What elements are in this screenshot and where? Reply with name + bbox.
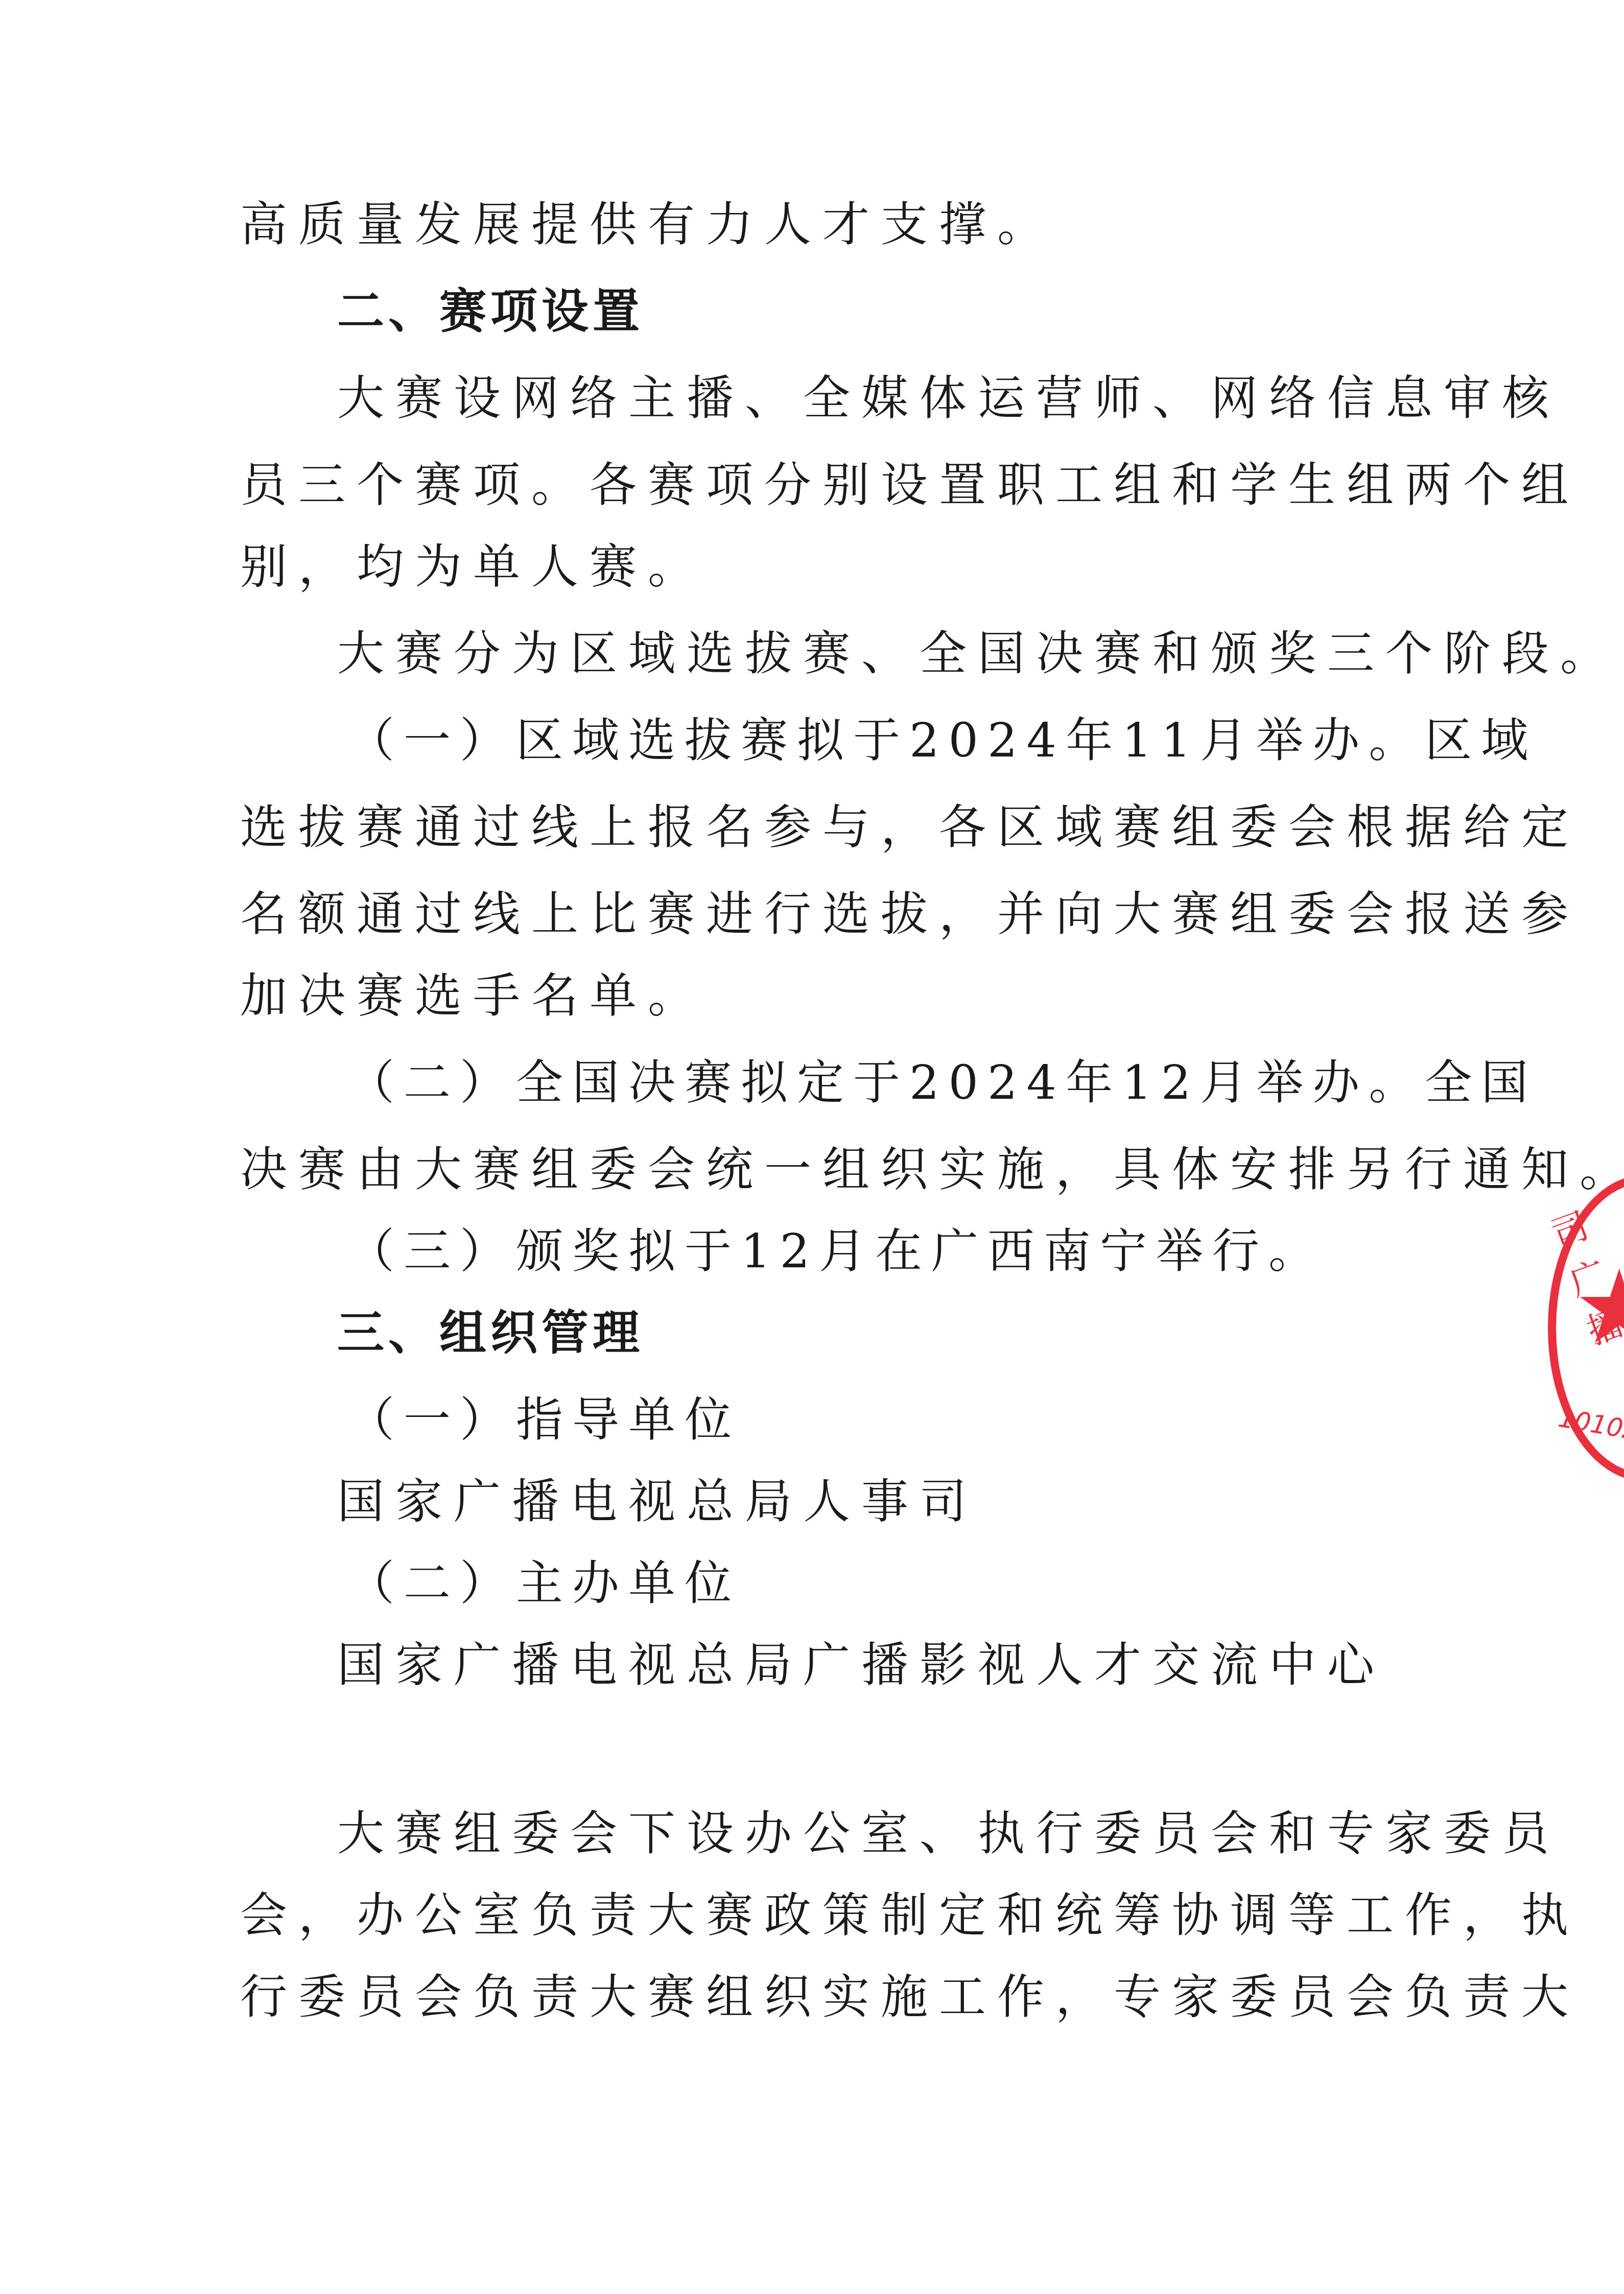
body-line-20: 会，办公室负责大赛政策制定和统筹协调等工作，执: [240, 1885, 1364, 1946]
body-line-8: 选拔赛通过线上报名参与，各区域赛组委会根据给定: [240, 797, 1364, 858]
item-guiding-unit: （一）指导单位: [347, 1389, 1471, 1451]
body-line-4: 员三个赛项。各赛项分别设置职工组和学生组两个组: [240, 455, 1364, 516]
item-regional: （一）区域选拔赛拟于2024年11月举办。区域: [347, 710, 1471, 771]
item-national-final: （二）全国决赛拟定于2024年12月举办。全国: [347, 1052, 1471, 1114]
body-line-5: 别，均为单人赛。: [240, 536, 1364, 598]
body-line-6: 大赛分为区域选拔赛、全国决赛和颁奖三个阶段。: [337, 623, 1461, 684]
body-line-3: 大赛设网络主播、全媒体运营师、网络信息审核: [337, 368, 1461, 429]
body-line-19: 大赛组委会下设办公室、执行委员会和专家委员: [337, 1803, 1461, 1864]
host-unit-name: 国家广播电视总局广播影视人才交流中心: [337, 1635, 1461, 1696]
guiding-unit-name: 国家广播电视总局人事司: [337, 1471, 1461, 1532]
body-line-21: 行委员会负责大赛组织实施工作，专家委员会负责大: [240, 1967, 1364, 2028]
item-award: （三）颁奖拟于12月在广西南宁举行。: [347, 1221, 1471, 1282]
body-line-9: 名额通过线上比赛进行选拔，并向大赛组委会报送参: [240, 884, 1364, 945]
section-heading-2: 二、赛项设置: [337, 281, 1461, 342]
document-page: 高质量发展提供有力人才支撑。 二、赛项设置 大赛设网络主播、全媒体运营师、网络信…: [0, 0, 1624, 2294]
item-host-unit: （二）主办单位: [347, 1553, 1471, 1614]
body-line-12: 决赛由大赛组委会统一组织实施，具体安排另行通知。: [240, 1139, 1364, 1200]
section-heading-3: 三、组织管理: [337, 1303, 1461, 1364]
seal-star-icon: ★: [1573, 1257, 1624, 1359]
body-line-10: 加决赛选手名单。: [240, 965, 1364, 1027]
body-line-1: 高质量发展提供有力人才支撑。: [240, 194, 1364, 255]
